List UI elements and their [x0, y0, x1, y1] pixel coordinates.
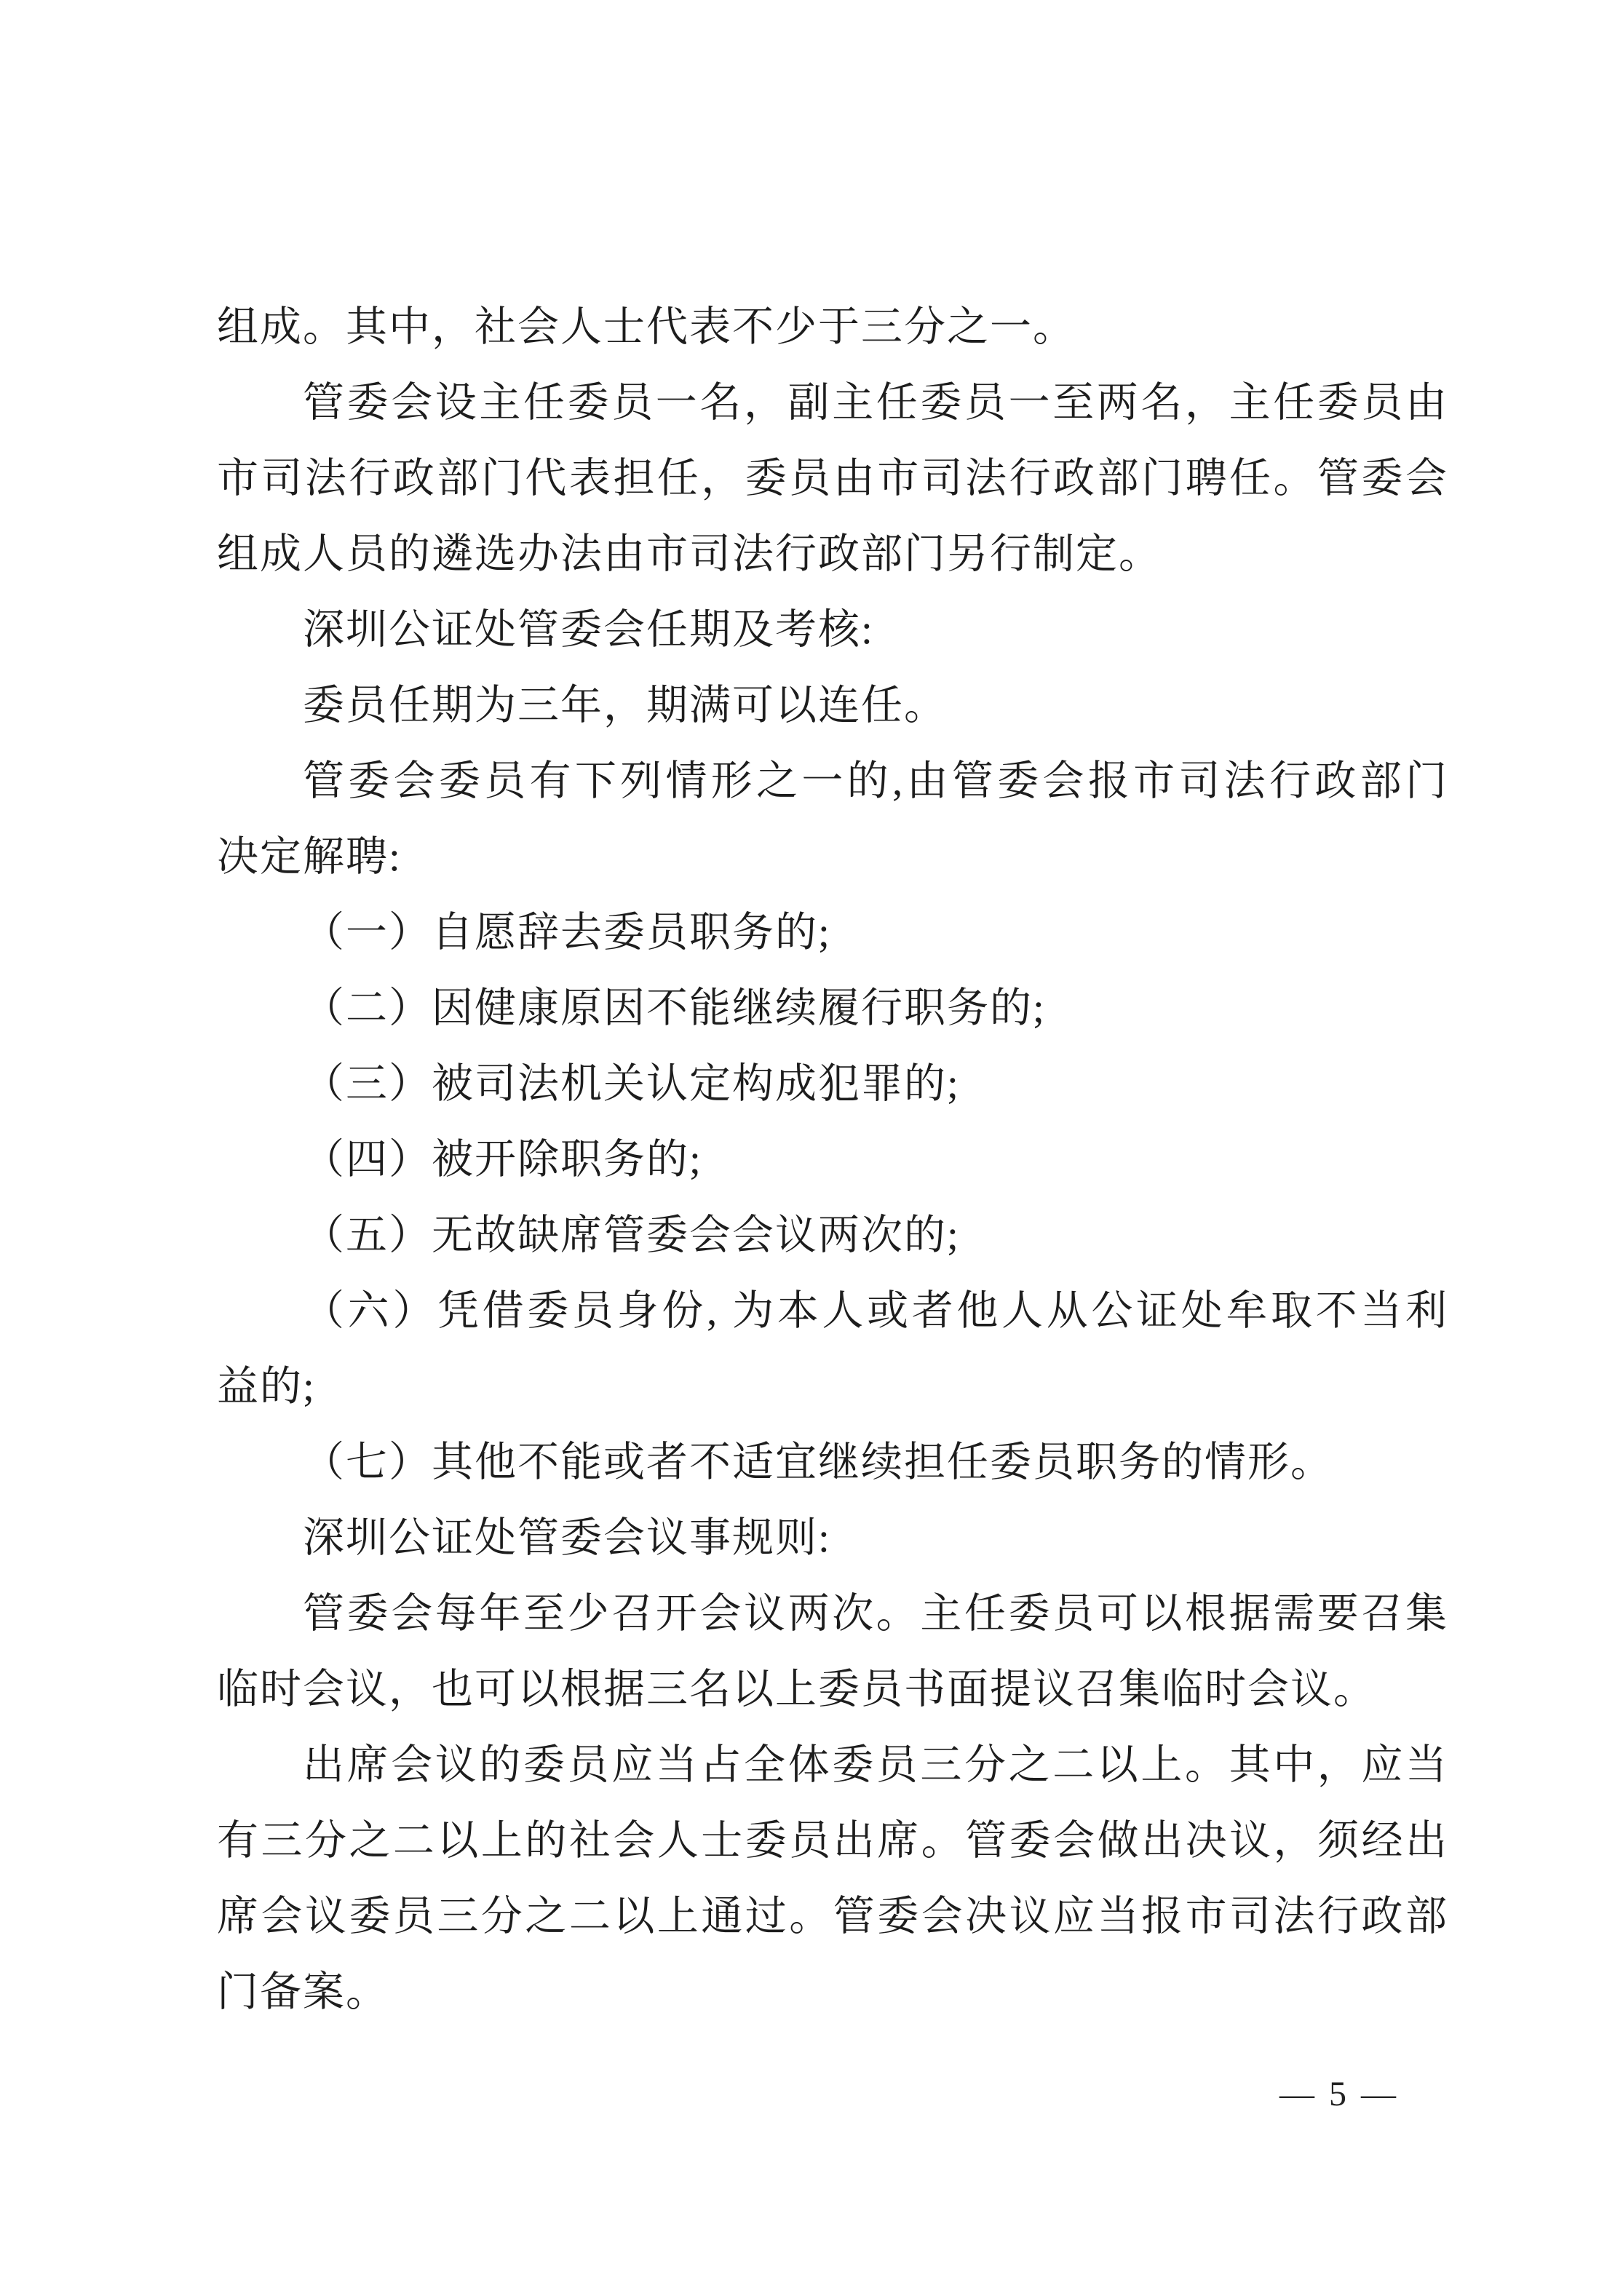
- text-line: 管委会每年至少召开会议两次。主任委员可以根据需要召集: [217, 1576, 1448, 1652]
- text-line: 临时会议，也可以根据三名以上委员书面提议召集临时会议。: [217, 1652, 1448, 1728]
- text-line: （三）被司法机关认定构成犯罪的;: [217, 1046, 1448, 1122]
- text-line: 门备案。: [217, 1955, 1448, 2030]
- text-line: 出席会议的委员应当占全体委员三分之二以上。其中，应当: [217, 1728, 1448, 1803]
- text-line: （二）因健康原因不能继续履行职务的;: [217, 971, 1448, 1046]
- text-line: 深圳公证处管委会任期及考核:: [217, 592, 1448, 668]
- text-line: 委员任期为三年，期满可以连任。: [217, 668, 1448, 744]
- text-line: 管委会设主任委员一名，副主任委员一至两名，主任委员由: [217, 365, 1448, 441]
- text-line: （一）自愿辞去委员职务的;: [217, 895, 1448, 971]
- document-page: 组成。其中，社会人士代表不少于三分之一。管委会设主任委员一名，副主任委员一至两名…: [0, 0, 1623, 2296]
- text-line: 组成。其中，社会人士代表不少于三分之一。: [217, 290, 1448, 365]
- text-line: 管委会委员有下列情形之一的,由管委会报市司法行政部门: [217, 744, 1448, 819]
- page-number: — 5 —: [1266, 2068, 1412, 2121]
- text-line: （四）被开除职务的;: [217, 1122, 1448, 1198]
- text-line: 益的;: [217, 1349, 1448, 1425]
- text-line: （五）无故缺席管委会会议两次的;: [217, 1198, 1448, 1274]
- text-line: 市司法行政部门代表担任，委员由市司法行政部门聘任。管委会: [217, 441, 1448, 517]
- text-line: （七）其他不能或者不适宜继续担任委员职务的情形。: [217, 1425, 1448, 1501]
- text-line: 席会议委员三分之二以上通过。管委会决议应当报市司法行政部: [217, 1879, 1448, 1955]
- text-line: 组成人员的遴选办法由市司法行政部门另行制定。: [217, 517, 1448, 592]
- text-line: 决定解聘:: [217, 819, 1448, 895]
- text-line: 有三分之二以上的社会人士委员出席。管委会做出决议，须经出: [217, 1803, 1448, 1879]
- document-body: 组成。其中，社会人士代表不少于三分之一。管委会设主任委员一名，副主任委员一至两名…: [217, 290, 1448, 2030]
- text-line: （六）凭借委员身份, 为本人或者他人从公证处牟取不当利: [217, 1274, 1448, 1349]
- text-line: 深圳公证处管委会议事规则:: [217, 1501, 1448, 1576]
